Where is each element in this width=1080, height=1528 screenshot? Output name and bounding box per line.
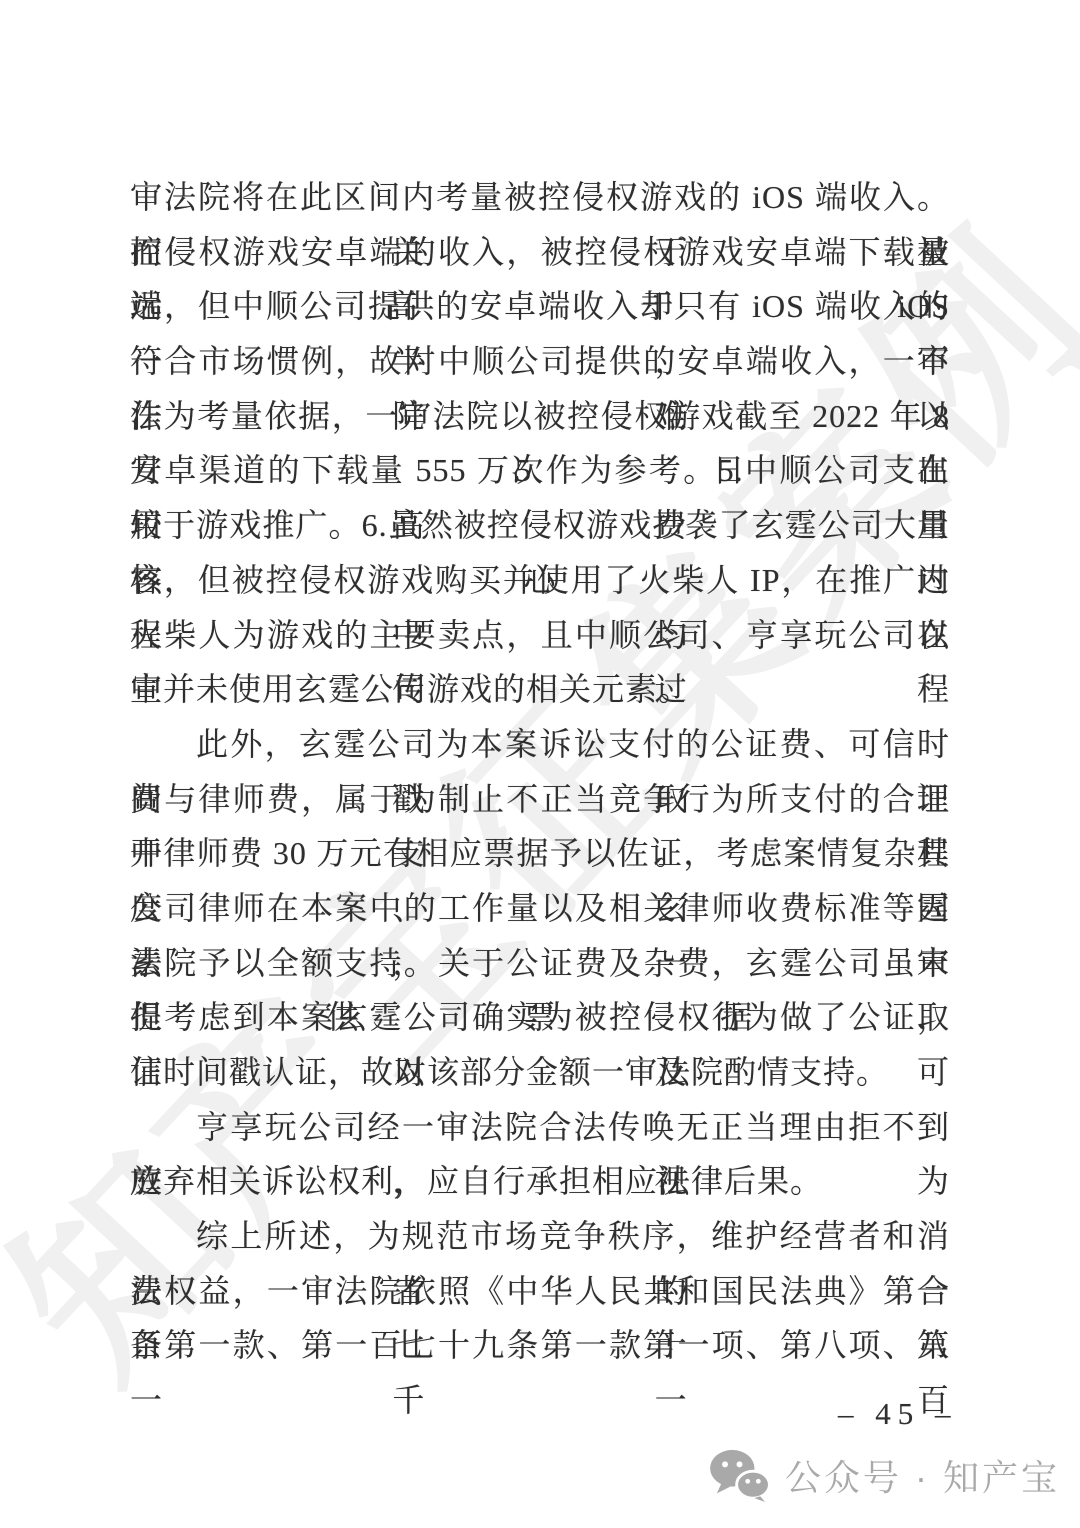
body-line: 端，但中顺公司提供的安卓端收入却只有 iOS 端收入的一半，不 <box>130 279 950 334</box>
footer-label: 公众号 · 知产宝 <box>785 1450 1060 1501</box>
body-line: 信时间戳认证，故对该部分金额一审法院酌情支持。 <box>130 1045 950 1100</box>
body-line: 此外，玄霆公司为本案诉讼支付的公证费、可信时间戳取证 <box>130 717 950 772</box>
body-line: 用于游戏推广。6.虽然被控侵权游戏抄袭了玄霆公司大量核心内 <box>130 498 950 553</box>
body-line: 条第一款、第一百七十九条第一款第一项、第八项、第一千一百 <box>130 1318 950 1373</box>
document-body: 审法院将在此区间内考量被控侵权游戏的 iOS 端收入。而关于被 控侵权游戏安卓端… <box>130 170 950 1373</box>
body-line: 亨享玩公司经一审法院合法传唤无正当理由拒不到庭，视为 <box>130 1100 950 1155</box>
body-line: 法院予以全额支持。关于公证费及杂费，玄霆公司虽未提供票据， <box>130 936 950 991</box>
body-line: 综上所述，为规范市场竞争秩序，维护经营者和消费者的合 <box>130 1209 950 1264</box>
body-line: 但考虑到本案玄霆公司确实为被控侵权行为做了公证取证以及可 <box>130 990 950 1045</box>
body-line: 法权益，一审法院依照《中华人民共和国民法典》第一百七十八 <box>130 1264 950 1319</box>
body-line: 费与律师费，属于为制止不正当竞争行为所支付的合理开支。其 <box>130 772 950 827</box>
footer-brand: 公众号 · 知产宝 <box>709 1448 1060 1502</box>
wechat-icon <box>709 1448 771 1502</box>
body-line: 安卓渠道的下载量 555 万次作为参考。5.中顺公司支出较高费用 <box>130 443 950 498</box>
body-line: 审法院将在此区间内考量被控侵权游戏的 iOS 端收入。而关于被 <box>130 170 950 225</box>
body-line: 作为考量依据，一审法院以被控侵权游戏截至 2022 年 8 月 5 日在 <box>130 389 950 444</box>
body-line: 公司律师在本案中的工作量以及相关律师收费标准等因素，一审 <box>130 881 950 936</box>
body-line: 中律师费 30 万元有相应票据予以佐证，考虑案情复杂程度、玄霆 <box>130 826 950 881</box>
body-line: 火柴人为游戏的主要卖点，且中顺公司、亨享玩公司在宣传过程 <box>130 608 950 663</box>
document-page: 知产宝征集案例 审法院将在此区间内考量被控侵权游戏的 iOS 端收入。而关于被 … <box>0 0 1080 1528</box>
page-number: – 45 – <box>838 1396 958 1432</box>
body-line: 控侵权游戏安卓端的收入，被控侵权游戏安卓端下载量远高于iOS <box>130 225 950 280</box>
body-line: 容，但被控侵权游戏购买并使用了火柴人 IP，在推广过程中均以 <box>130 553 950 608</box>
body-line: 符合市场惯例，故对中顺公司提供的安卓端收入，一审法院难以 <box>130 334 950 389</box>
